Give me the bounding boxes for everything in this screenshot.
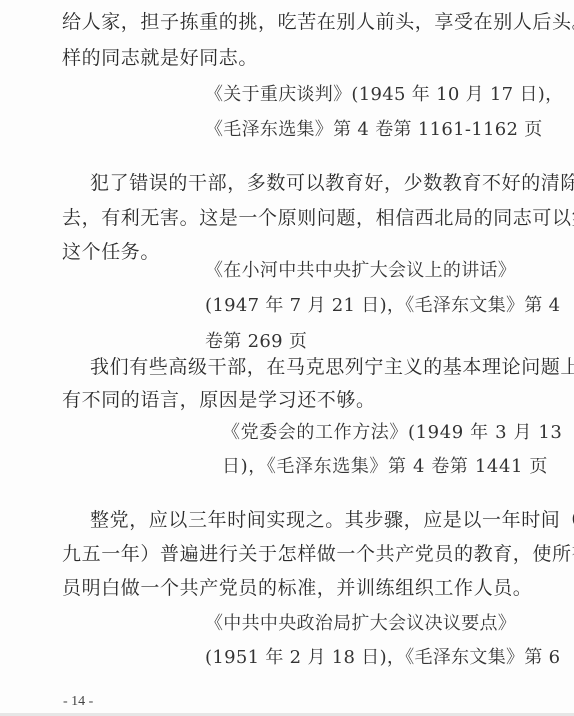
citation-line: 《在小河中共中央扩大会议上的讲话》	[205, 259, 516, 283]
page-number: - 14 -	[63, 694, 93, 710]
citation-line: 《党委会的工作方法》(1949 年 3 月 13	[222, 421, 562, 445]
paragraph-line: 整党，应以三年时间实现之。其步骤，应是以一年时间（一	[90, 508, 574, 532]
paragraph-line: 给人家，担子拣重的挑，吃苦在别人前头，享受在别人后头。这	[62, 10, 574, 34]
citation-line: 《中共中央政治局扩大会议决议要点》	[205, 612, 516, 636]
paragraph-line: 去，有利无害。这是一个原则问题，相信西北局的同志可以实现	[62, 206, 574, 230]
paragraph-line: 员明白做一个共产党员的标准，并训练组织工作人员。	[62, 576, 532, 600]
citation-line: 日)，《毛泽东选集》第 4 卷第 1441 页	[222, 455, 548, 479]
paragraph-line: 九五一年）普遍进行关于怎样做一个共产党员的教育，使所有党	[62, 542, 574, 566]
paragraph-line: 我们有些高级干部，在马克思列宁主义的基本理论问题上也	[90, 355, 574, 379]
citation-line: 《毛泽东选集》第 4 卷第 1161-1162 页	[205, 118, 543, 142]
paragraph-line: 样的同志就是好同志。	[62, 46, 258, 70]
paragraph-line: 有不同的语言，原因是学习还不够。	[62, 388, 376, 412]
paragraph-line: 犯了错误的干部，多数可以教育好，少数教育不好的清除出	[90, 171, 574, 195]
document-page: 给人家，担子拣重的挑，吃苦在别人前头，享受在别人后头。这 样的同志就是好同志。 …	[0, 0, 574, 716]
citation-line: (1951 年 2 月 18 日)，《毛泽东文集》第 6	[205, 646, 560, 670]
paragraph-line: 这个任务。	[62, 240, 160, 264]
citation-line: 《关于重庆谈判》(1945 年 10 月 17 日)，	[205, 83, 563, 107]
citation-line: (1947 年 7 月 21 日)，《毛泽东文集》第 4	[205, 294, 560, 318]
citation-line: 卷第 269 页	[205, 330, 307, 354]
